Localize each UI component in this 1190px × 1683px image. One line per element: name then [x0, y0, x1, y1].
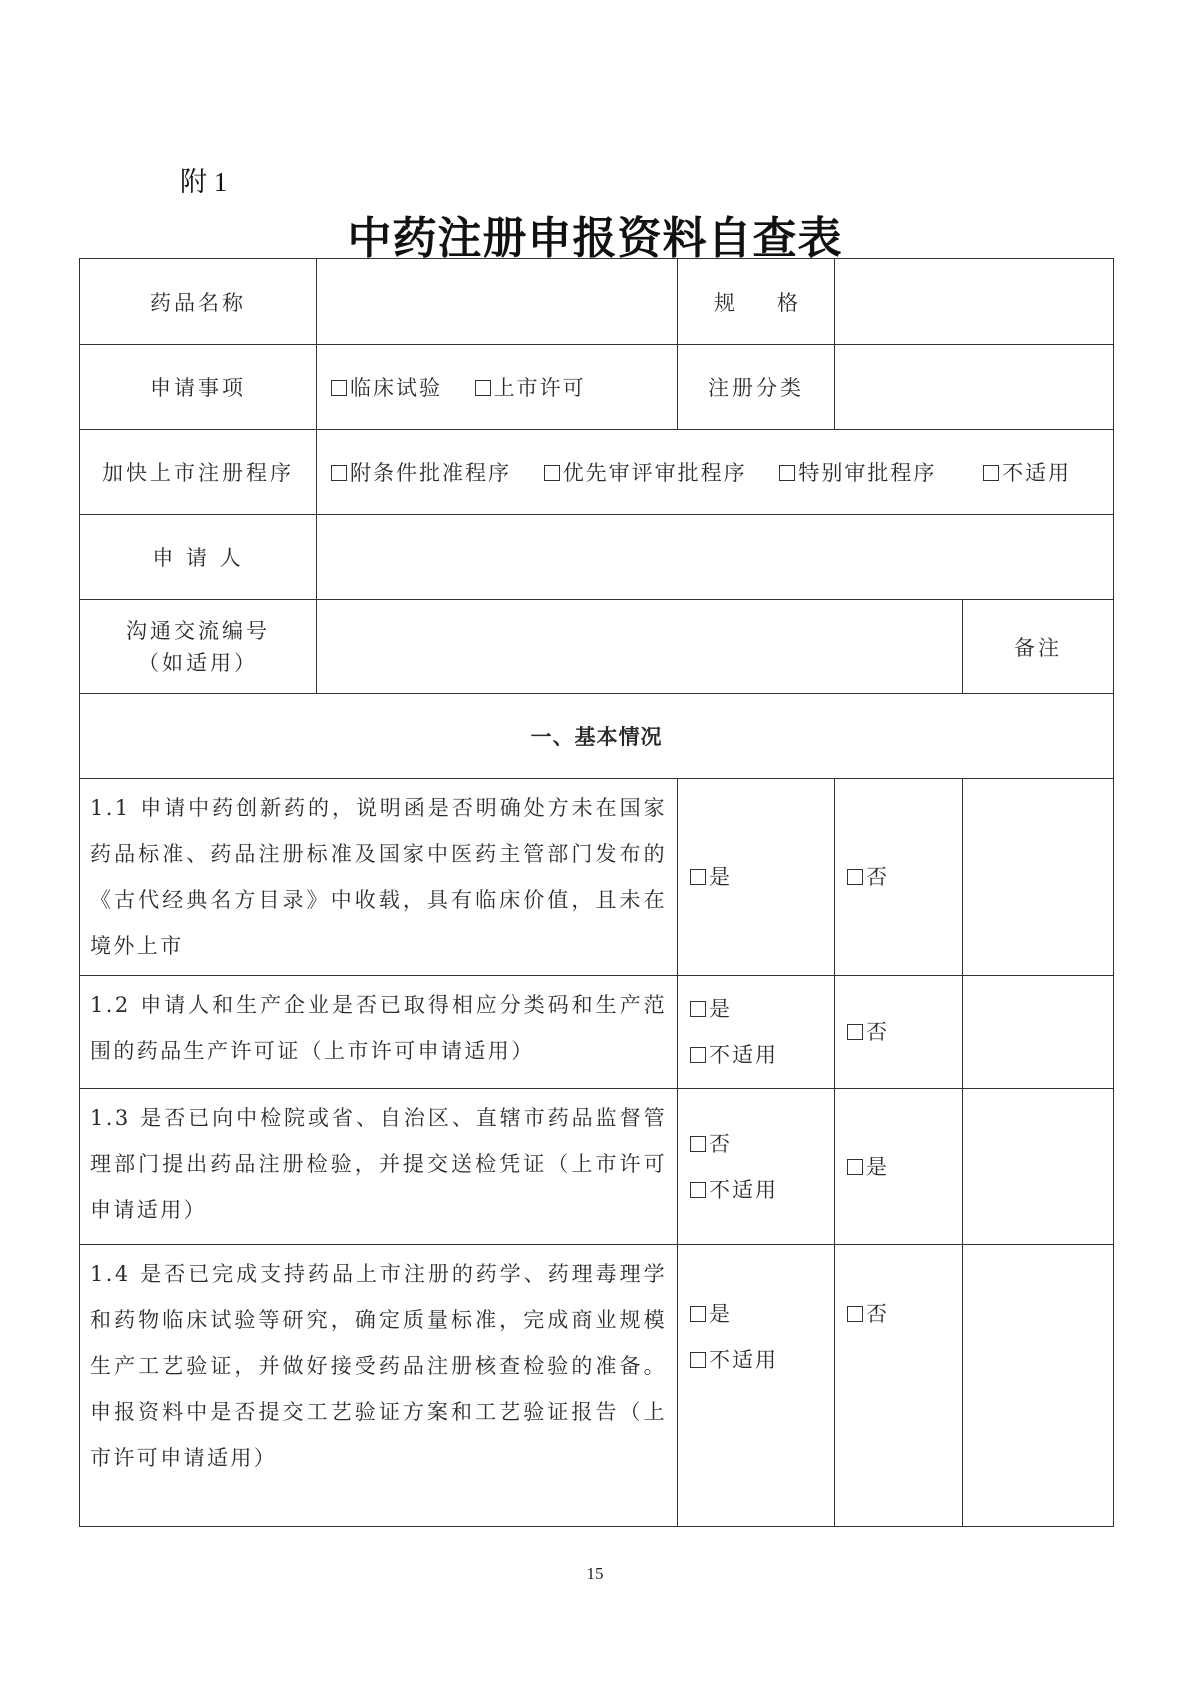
- answer-col-a: 是 不适用: [678, 976, 835, 1089]
- checkbox-icon[interactable]: [475, 380, 491, 396]
- table-row: 1.2 申请人和生产企业是否已取得相应分类码和生产范围的药品生产许可证（上市许可…: [80, 976, 1114, 1089]
- answer-col-b: 否: [835, 779, 963, 976]
- answer-col-a: 是: [678, 779, 835, 976]
- question-1-1: 1.1 申请中药创新药的，说明函是否明确处方未在国家药品标准、药品注册标准及国家…: [80, 779, 678, 976]
- drug-name-field[interactable]: [317, 259, 678, 345]
- answer-col-b: 否: [835, 1245, 963, 1527]
- applicant-row: 申 请 人: [80, 515, 1114, 600]
- option-yes[interactable]: 是: [690, 854, 834, 900]
- checkbox-icon[interactable]: [331, 380, 347, 396]
- checkbox-icon[interactable]: [690, 1182, 706, 1198]
- checkbox-icon[interactable]: [847, 869, 863, 885]
- communication-field[interactable]: [317, 600, 963, 694]
- drug-name-row: 药品名称 规 格: [80, 259, 1114, 345]
- option-yes[interactable]: 是: [690, 986, 834, 1032]
- expedited-label: 加快上市注册程序: [80, 430, 317, 515]
- page-number: 15: [0, 1564, 1190, 1584]
- checkbox-icon[interactable]: [690, 1001, 706, 1017]
- registration-class-field[interactable]: [835, 345, 1114, 430]
- communication-label: 沟通交流编号 （如适用）: [80, 600, 317, 694]
- option-no[interactable]: 否: [847, 854, 962, 900]
- option-yes[interactable]: 是: [690, 1291, 834, 1337]
- option-no[interactable]: 否: [690, 1121, 834, 1167]
- question-1-2: 1.2 申请人和生产企业是否已取得相应分类码和生产范围的药品生产许可证（上市许可…: [80, 976, 678, 1089]
- table-row: 1.3 是否已向中检院或省、自治区、直辖市药品监督管理部门提出药品注册检验，并提…: [80, 1089, 1114, 1245]
- answer-col-b: 是: [835, 1089, 963, 1245]
- section-title: 一、基本情况: [80, 694, 1114, 779]
- option-special-approval[interactable]: 特别审批程序: [779, 457, 936, 487]
- checkbox-icon[interactable]: [983, 465, 999, 481]
- application-row: 申请事项 临床试验 上市许可 注册分类: [80, 345, 1114, 430]
- table-row: 1.4 是否已完成支持药品上市注册的药学、药理毒理学和药物临床试验等研究，确定质…: [80, 1245, 1114, 1527]
- remark-field[interactable]: [963, 1245, 1114, 1527]
- checkbox-icon[interactable]: [690, 1136, 706, 1152]
- answer-col-a: 是 不适用: [678, 1245, 835, 1527]
- answer-col-a: 否 不适用: [678, 1089, 835, 1245]
- remark-field[interactable]: [963, 1089, 1114, 1245]
- self-check-table: 药品名称 规 格 申请事项 临床试验 上市许可 注册分类 加快上市注册程序 附条…: [79, 258, 1114, 1527]
- applicant-label: 申 请 人: [80, 515, 317, 600]
- communication-row: 沟通交流编号 （如适用） 备注: [80, 600, 1114, 694]
- remark-field[interactable]: [963, 976, 1114, 1089]
- option-not-applicable[interactable]: 不适用: [690, 1167, 834, 1213]
- checkbox-icon[interactable]: [690, 1047, 706, 1063]
- checkbox-icon[interactable]: [847, 1024, 863, 1040]
- answer-col-b: 否: [835, 976, 963, 1089]
- checkbox-icon[interactable]: [690, 869, 706, 885]
- remark-field[interactable]: [963, 779, 1114, 976]
- checkbox-icon[interactable]: [690, 1306, 706, 1322]
- option-no[interactable]: 否: [847, 1009, 962, 1055]
- checkbox-icon[interactable]: [847, 1159, 863, 1175]
- registration-class-label: 注册分类: [678, 345, 835, 430]
- option-no[interactable]: 否: [847, 1291, 962, 1337]
- option-yes[interactable]: 是: [847, 1144, 962, 1190]
- expedited-options: 附条件批准程序 优先审评审批程序 特别审批程序 不适用: [317, 430, 1114, 515]
- checkbox-icon[interactable]: [779, 465, 795, 481]
- option-not-applicable[interactable]: 不适用: [983, 457, 1071, 487]
- expedited-row: 加快上市注册程序 附条件批准程序 优先审评审批程序 特别审批程序 不适用: [80, 430, 1114, 515]
- option-marketing-authorization[interactable]: 上市许可: [475, 372, 586, 402]
- table-row: 1.1 申请中药创新药的，说明函是否明确处方未在国家药品标准、药品注册标准及国家…: [80, 779, 1114, 976]
- spec-field[interactable]: [835, 259, 1114, 345]
- spec-label: 规 格: [678, 259, 835, 345]
- question-1-4: 1.4 是否已完成支持药品上市注册的药学、药理毒理学和药物临床试验等研究，确定质…: [80, 1245, 678, 1527]
- option-not-applicable[interactable]: 不适用: [690, 1032, 834, 1078]
- option-clinical-trial[interactable]: 临床试验: [331, 372, 442, 402]
- drug-name-label: 药品名称: [80, 259, 317, 345]
- checkbox-icon[interactable]: [690, 1352, 706, 1368]
- checkbox-icon[interactable]: [331, 465, 347, 481]
- remarks-label: 备注: [963, 600, 1114, 694]
- checkbox-icon[interactable]: [544, 465, 560, 481]
- option-conditional-approval[interactable]: 附条件批准程序: [331, 457, 511, 487]
- application-label: 申请事项: [80, 345, 317, 430]
- attachment-label: 附 1: [180, 160, 227, 199]
- option-priority-review[interactable]: 优先审评审批程序: [544, 457, 747, 487]
- option-not-applicable[interactable]: 不适用: [690, 1337, 834, 1383]
- section-header-row: 一、基本情况: [80, 694, 1114, 779]
- applicant-field[interactable]: [317, 515, 1114, 600]
- application-options: 临床试验 上市许可: [317, 345, 678, 430]
- checkbox-icon[interactable]: [847, 1306, 863, 1322]
- question-1-3: 1.3 是否已向中检院或省、自治区、直辖市药品监督管理部门提出药品注册检验，并提…: [80, 1089, 678, 1245]
- page-title: 中药注册申报资料自查表: [0, 202, 1190, 266]
